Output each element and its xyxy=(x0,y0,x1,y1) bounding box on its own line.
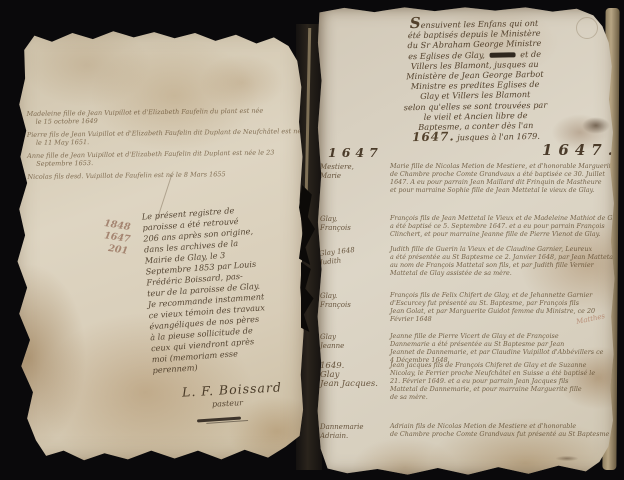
heading-text: jusques à l'an 1679. xyxy=(457,131,540,142)
text-line: Glay xyxy=(320,333,390,342)
signature: L. F. Boissard xyxy=(182,379,283,399)
heading-year-1647: 1647. xyxy=(412,130,455,145)
text-line: Clinchert, et pour marraine Jeanne fille… xyxy=(390,231,622,239)
baptism-entry: GlayJeanne Jeanne fille de Pierre Vicert… xyxy=(320,333,614,365)
text-line: Mattetal de Glay assistée de sa mère. xyxy=(390,270,615,278)
text-line: Glay, xyxy=(320,215,390,224)
birth-note: Pierre fils de Jean Vuipillot et d'Eliza… xyxy=(27,127,302,147)
signature-title: pasteur xyxy=(212,398,243,409)
text-line: François xyxy=(320,224,390,233)
baptism-entry: Glay 1648Judith Judith fille de Guerin l… xyxy=(320,246,614,278)
embossed-corner-mark xyxy=(576,17,598,39)
birth-note: Nicolas fils desd. Vuipillot de Faufelin… xyxy=(27,169,302,181)
scanned-register-spread: Madeleine fille de Jean Vuipillot et d'E… xyxy=(0,0,624,480)
entry-margin-label: Glay 1648Judith xyxy=(319,242,392,281)
text-line: François xyxy=(320,301,390,310)
text-line: Jeanne xyxy=(320,342,390,351)
register-heading: Sensuivent les Enfans qui ont été baptis… xyxy=(370,15,580,144)
pencil-subtraction: 18481647201 xyxy=(99,218,133,258)
text-line: Février 1648 xyxy=(390,316,614,324)
year-marker-right: 1647. xyxy=(542,141,619,159)
left-page-birth-notes: Madeleine fille de Jean Vuipillot et d'E… xyxy=(26,106,302,186)
heading-text: et de xyxy=(520,48,541,58)
entry-margin-label: GlayJeanne xyxy=(320,333,390,365)
text-line: Nicolas fils desd. Vuipillot de Faufelin… xyxy=(27,169,302,181)
ink-stroke xyxy=(197,416,241,422)
ink-blot xyxy=(490,52,516,57)
birth-note: Madeleine fille de Jean Vuipillot et d'E… xyxy=(26,106,301,126)
entry-margin-label: Mestiere,Marie xyxy=(320,163,390,195)
text-line: de Chambre proche Comte Grandvaux fut pr… xyxy=(390,431,614,439)
text-line: Glay. xyxy=(320,292,390,301)
entry-margin-label: Glay.François xyxy=(320,292,390,324)
text-line: et pour marraine Sophie fille de Jean Me… xyxy=(390,187,615,195)
baptism-entry: Glay,François François fils de Jean Mett… xyxy=(320,215,614,239)
text-line: Marie xyxy=(320,172,390,181)
right-page: Sensuivent les Enfans qui ont été baptis… xyxy=(314,5,616,477)
baptism-entry: 1649.GlayJean Jacques. Jean Jacques fils… xyxy=(320,362,614,402)
pastor-note-1853: Le présent registre deparoisse a été ret… xyxy=(141,201,308,376)
faint-corner-mark xyxy=(556,456,578,461)
text-line: Mestiere, xyxy=(320,163,390,172)
text-line: Adriain. xyxy=(320,432,390,441)
text-line: Dannemarie xyxy=(320,423,390,432)
birth-note: Anne fille de Jean Vuipillot et d'Elizab… xyxy=(27,148,302,168)
baptism-entry: Mestiere,Marie Marie fille de Nicolas Me… xyxy=(320,163,614,195)
entry-margin-label: DannemarieAdriain. xyxy=(320,423,390,441)
entry-body: Marie fille de Nicolas Metion de Mestier… xyxy=(390,163,615,195)
entry-body: Judith fille de Guerin la Vieux et de Cl… xyxy=(390,246,615,278)
text-line: Jean Jacques. xyxy=(320,380,390,389)
heading-lines: Villers les Blamont, jusques auMinistère… xyxy=(371,58,580,133)
baptism-entry: Glay.François François fils de Felix Chi… xyxy=(320,292,614,324)
entry-margin-label: 1649.GlayJean Jacques. xyxy=(320,362,390,402)
left-page: Madeleine fille de Jean Vuipillot et d'E… xyxy=(14,26,306,462)
year-marker-left: 1647 xyxy=(328,145,383,160)
baptism-entry: DannemarieAdriain. Adriain fils de Nicol… xyxy=(320,423,614,441)
ink-smudge xyxy=(582,117,610,134)
entry-margin-label: Glay,François xyxy=(320,215,390,239)
entry-body: François fils de Jean Mettetal le Vieux … xyxy=(390,215,622,239)
entry-body: Jean Jacques fils de François Chiferet d… xyxy=(390,362,614,402)
text-line: de sa mère. xyxy=(390,394,614,402)
entry-body: Adriain fils de Nicolas Metion de Mestie… xyxy=(390,423,614,441)
entry-body: François fils de Felix Chifert de Glay, … xyxy=(390,292,614,324)
entry-body: Jeanne fille de Pierre Vicert de Glay et… xyxy=(390,333,614,365)
